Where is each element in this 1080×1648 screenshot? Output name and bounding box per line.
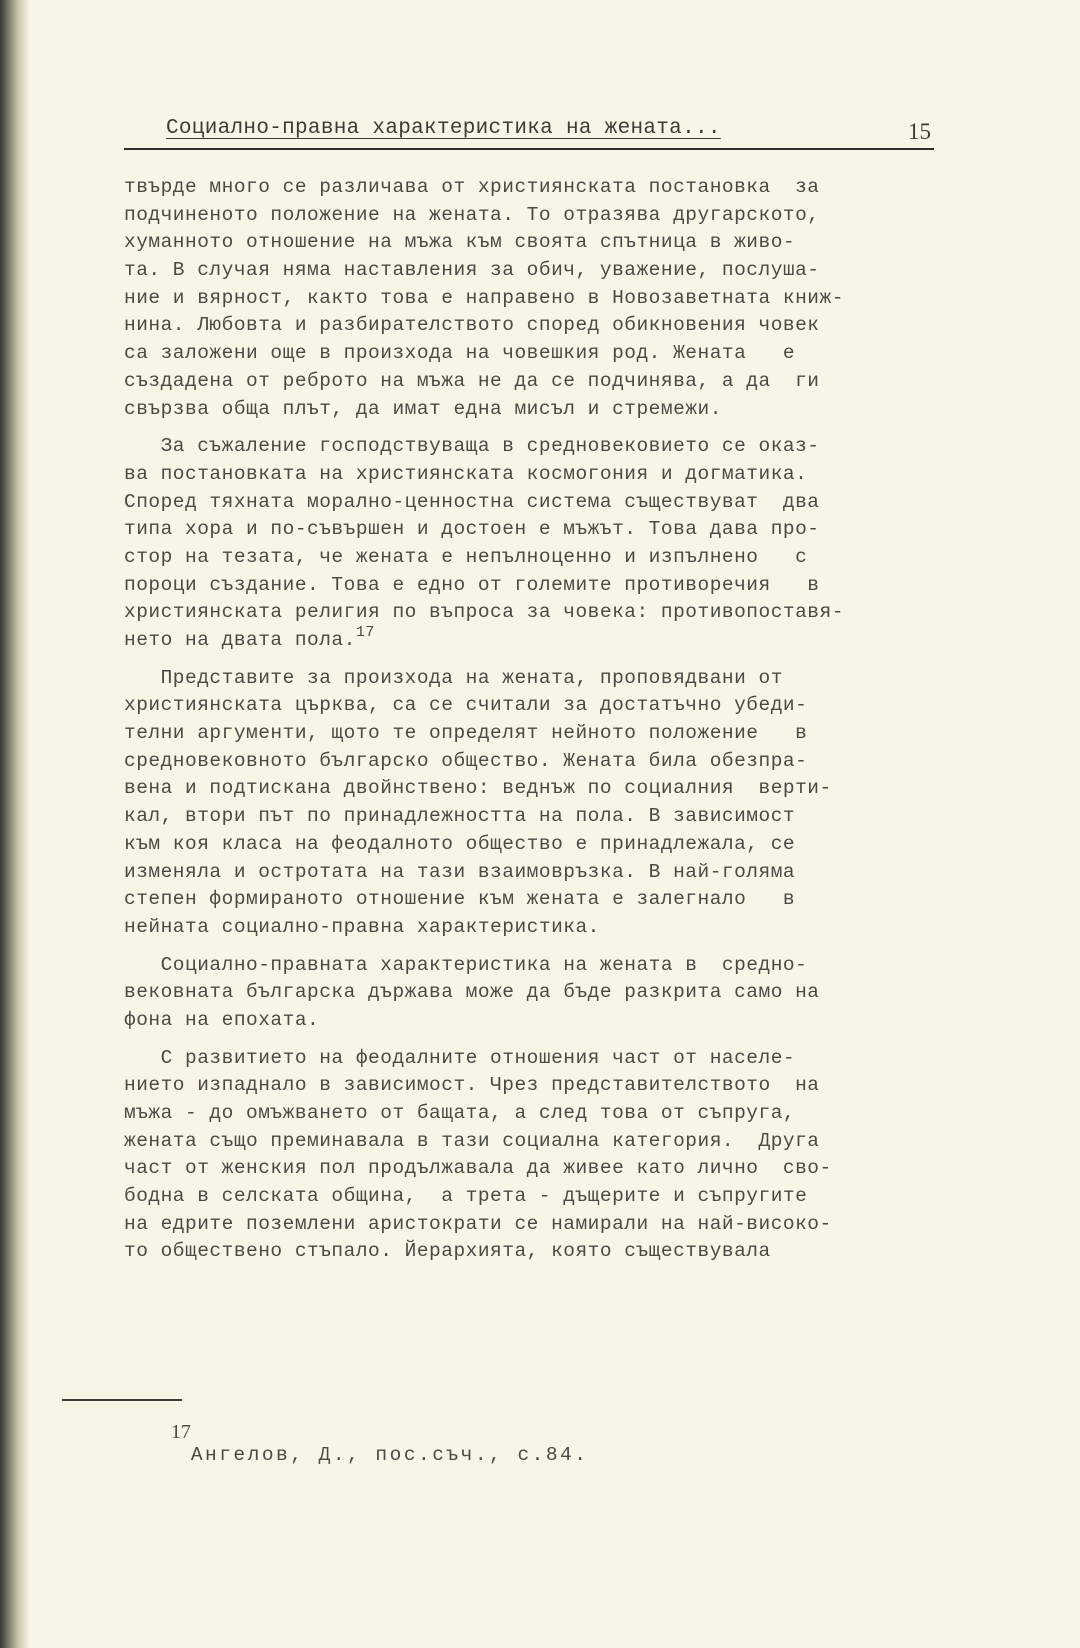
text-line: нието изпаднало в зависимост. Чрез предс…: [124, 1072, 954, 1100]
line-text: Представите за произхода на жената, проп…: [124, 667, 783, 689]
line-text: изменяла и остротата на тази взаимовръзк…: [124, 861, 795, 883]
line-text: средновековното българско общество. Жена…: [124, 750, 807, 772]
text-line: са заложени още в произхода на човешкия …: [124, 340, 954, 368]
text-line: изменяла и остротата на тази взаимовръзк…: [124, 859, 954, 887]
text-line: то обществено стъпало. Йерархията, която…: [124, 1238, 954, 1266]
text-line: кал, втори път по принадлежността на пол…: [124, 803, 954, 831]
text-line: степен формираното отношение към жената …: [124, 886, 954, 914]
paragraph: Представите за произхода на жената, проп…: [124, 665, 954, 942]
paragraph: Социално-правната характеристика на жена…: [124, 952, 954, 1035]
line-text: пороци създание. Това е едно от големите…: [124, 574, 820, 596]
footnote-text: Ангелов, Д., пос.съч., с.84.: [191, 1444, 589, 1466]
line-text: Социално-правната характеристика на жена…: [124, 954, 807, 976]
line-text: създадена от реброто на мъжа не да се по…: [124, 370, 820, 392]
line-text: нина. Любовта и разбирателството според …: [124, 314, 820, 336]
body-text: твърде много се различава от християнска…: [124, 174, 954, 1266]
line-text: са заложени още в произхода на човешкия …: [124, 342, 795, 364]
text-line: ние и вярност, както това е направено в …: [124, 285, 954, 313]
line-text: та. В случая няма наставления за обич, у…: [124, 259, 820, 281]
text-line: подчиненото положение на жената. То отра…: [124, 202, 954, 230]
line-text: ва постановката на християнската космого…: [124, 463, 807, 485]
text-line: типа хора и по-съвършен и достоен е мъжъ…: [124, 516, 954, 544]
line-text: мъжа - до омъжването от бащата, а след т…: [124, 1102, 795, 1124]
paragraph-gap: [124, 423, 954, 433]
text-line: пороци създание. Това е едно от големите…: [124, 572, 954, 600]
text-line: За съжаление господствуваща в средновеко…: [124, 433, 954, 461]
text-line: вековната българска държава може да бъде…: [124, 979, 954, 1007]
line-text: фона на епохата.: [124, 1009, 319, 1031]
text-line: средновековното българско общество. Жена…: [124, 748, 954, 776]
running-title: Социално-правна характеристика на жената…: [166, 117, 721, 140]
page-number: 15: [908, 119, 931, 145]
text-line: християнската църква, са се считали за д…: [124, 692, 954, 720]
text-line: на едрите поземлени аристократи се намир…: [124, 1211, 954, 1239]
text-line: телни аргументи, щото те определят нейно…: [124, 720, 954, 748]
text-line: нейната социално-правна характеристика.: [124, 914, 954, 942]
line-text: ние и вярност, както това е направено в …: [124, 287, 844, 309]
line-text: вена и подтискана двойнствено: веднъж по…: [124, 777, 832, 799]
text-line: бодна в селската община, а трета - дъщер…: [124, 1183, 954, 1211]
text-line: хуманното отношение на мъжа към своята с…: [124, 229, 954, 257]
running-header: Социално-правна характеристика на жената…: [124, 114, 934, 150]
text-line: към коя класа на феодалното общество е п…: [124, 831, 954, 859]
text-line: мъжа - до омъжването от бащата, а след т…: [124, 1100, 954, 1128]
text-line: Социално-правната характеристика на жена…: [124, 952, 954, 980]
text-line: ва постановката на християнската космого…: [124, 461, 954, 489]
text-line: Според тяхната морално-ценностна система…: [124, 489, 954, 517]
text-line: та. В случая няма наставления за обич, у…: [124, 257, 954, 285]
book-binding-edge: [0, 0, 30, 1648]
line-text: християнската религия по въпроса за чове…: [124, 601, 844, 623]
line-text: жената също преминавала в тази социална …: [124, 1130, 820, 1152]
line-text: подчиненото положение на жената. То отра…: [124, 204, 820, 226]
line-text: твърде много се различава от християнска…: [124, 176, 820, 198]
footnote-reference[interactable]: 17: [356, 624, 375, 641]
line-text: нейната социално-правна характеристика.: [124, 916, 600, 938]
line-text: нето на двата пола.: [124, 629, 356, 651]
footnote-separator: [62, 1399, 182, 1401]
paragraph: твърде много се различава от християнска…: [124, 174, 954, 423]
text-line: християнската религия по въпроса за чове…: [124, 599, 954, 627]
text-line: нето на двата пола.17: [124, 627, 954, 655]
line-text: Според тяхната морално-ценностна система…: [124, 491, 820, 513]
paragraph: За съжаление господствуваща в средновеко…: [124, 433, 954, 655]
line-text: то обществено стъпало. Йерархията, която…: [124, 1240, 771, 1262]
footnote-number: 17: [171, 1421, 191, 1443]
text-line: твърде много се различава от християнска…: [124, 174, 954, 202]
text-line: вена и подтискана двойнствено: веднъж по…: [124, 775, 954, 803]
line-text: кал, втори път по принадлежността на пол…: [124, 805, 795, 827]
text-line: стор на тезата, че жената е непълноценно…: [124, 544, 954, 572]
line-text: степен формираното отношение към жената …: [124, 888, 795, 910]
text-line: Представите за произхода на жената, проп…: [124, 665, 954, 693]
text-line: част от женския пол продължавала да живе…: [124, 1155, 954, 1183]
text-line: жената също преминавала в тази социална …: [124, 1128, 954, 1156]
line-text: бодна в селската община, а трета - дъщер…: [124, 1185, 807, 1207]
line-text: хуманното отношение на мъжа към своята с…: [124, 231, 795, 253]
paragraph-gap: [124, 942, 954, 952]
text-line: свързва обща плът, да имат една мисъл и …: [124, 396, 954, 424]
line-text: нието изпаднало в зависимост. Чрез предс…: [124, 1074, 820, 1096]
line-text: За съжаление господствуваща в средновеко…: [124, 435, 820, 457]
line-text: на едрите поземлени аристократи се намир…: [124, 1213, 832, 1235]
line-text: телни аргументи, щото те определят нейно…: [124, 722, 807, 744]
line-text: вековната българска държава може да бъде…: [124, 981, 820, 1003]
text-line: нина. Любовта и разбирателството според …: [124, 312, 954, 340]
paragraph-gap: [124, 655, 954, 665]
text-line: С развитието на феодалните отношения час…: [124, 1045, 954, 1073]
line-text: към коя класа на феодалното общество е п…: [124, 833, 795, 855]
line-text: част от женския пол продължавала да живе…: [124, 1157, 832, 1179]
line-text: стор на тезата, че жената е непълноценно…: [124, 546, 807, 568]
text-line: фона на епохата.: [124, 1007, 954, 1035]
scanned-page: Социално-правна характеристика на жената…: [0, 0, 1080, 1648]
text-line: създадена от реброто на мъжа не да се по…: [124, 368, 954, 396]
paragraph-gap: [124, 1035, 954, 1045]
paragraph: С развитието на феодалните отношения час…: [124, 1045, 954, 1267]
line-text: типа хора и по-съвършен и достоен е мъжъ…: [124, 518, 820, 540]
line-text: свързва обща плът, да имат една мисъл и …: [124, 398, 722, 420]
line-text: С развитието на феодалните отношения час…: [124, 1047, 795, 1069]
line-text: християнската църква, са се считали за д…: [124, 694, 807, 716]
footnote-17: 17Ангелов, Д., пос.съч., с.84.: [124, 1403, 588, 1470]
